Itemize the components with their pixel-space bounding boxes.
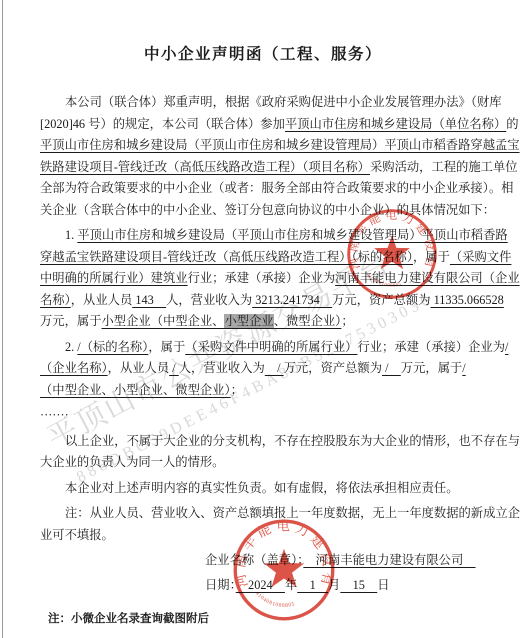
underlined-text-segment: 、微型企业） xyxy=(274,314,342,328)
underlined-text-segment: 平顶山市住房和城乡建设局（平顶山市住房和城乡建设管理局）平顶山市稻香路穿越孟宝 xyxy=(40,138,520,152)
doc-line: 全部为符合政策要求的中小企业（或者：服务全部由符合政策要求的中小企业承接）。相 xyxy=(40,178,490,200)
footer-note: 注：小微企业名录查询截图附后 xyxy=(48,610,209,626)
text-segment: 本企业对上述声明内容的真实性负责。如有虚假，将依法承担相应责任。 xyxy=(65,481,459,495)
underlined-text-segment: 名称） xyxy=(40,293,71,307)
highlighted-text-segment: 小型企业 xyxy=(224,314,273,328)
text-segment: 行业；承建（承接）企业为 xyxy=(357,340,505,354)
text-segment: ，从业人员 xyxy=(71,293,133,307)
text-segment: ······· xyxy=(40,408,69,422)
doc-line: （企业名称），从业人员 / 人，营业收入为 / 万元，资产总额为 / 万元，属于… xyxy=(40,358,490,380)
doc-line: 以上企业，不属于大企业的分支机构，不存在控股股东为大企业的情形，也不存在与 xyxy=(40,431,490,453)
text-segment: 2. xyxy=(65,340,77,354)
document-page: 平顶山市公共资源交易平台 888DBC59DEE46F4BA80B5247530… xyxy=(0,0,526,638)
underlined-text-segment: 铁路建设项目-管线迁改（高低压线路改造工程）（项目名称） xyxy=(40,160,370,174)
doc-line: 本公司（联合体）郑重声明，根据《政府采购促进中小企业发展管理办法》（财库 xyxy=(40,92,490,114)
underlined-text-segment: /（标的名称） xyxy=(77,340,148,354)
underlined-text-segment: / xyxy=(382,361,401,375)
underlined-text-segment: （企业名称） xyxy=(40,361,108,375)
doc-line: 万元，属于小型企业（中型企业、小型企业、微型企业）； xyxy=(40,311,490,333)
text-segment: 大企业的负责人为同一人的情形。 xyxy=(40,455,224,469)
underlined-text-segment: （采购文件 xyxy=(450,250,512,264)
text-segment: [2020]46 号）的规定，本公司（联合体）参加 xyxy=(40,117,285,131)
underlined-text-segment: 3213.241734 xyxy=(252,293,332,307)
doc-line: 铁路建设项目-管线迁改（高低压线路改造工程）（项目名称）采购活动，工程的施工单位 xyxy=(40,157,490,179)
text-segment: 采购活动，工程的施工单位 xyxy=(370,160,518,174)
doc-line: 2. /（标的名称），属于（采购文件中明确的所属行业）行业；承建（承接）企业为/ xyxy=(40,337,490,359)
company-seal-bottom-icon: 河南丰能电力建设有限公司 4104081008805 xyxy=(231,517,337,623)
svg-text:4104081008805: 4104081008805 xyxy=(365,273,403,289)
text-segment: 全部为符合政策要求的中小企业（或者：服务全部由符合政策要求的中小企业承接）。相 xyxy=(40,181,513,195)
text-segment: 行业；承建（承接）企业为 xyxy=(188,271,336,285)
text-segment: 以上企业，不属于大企业的分支机构，不存在控股股东为大企业的情形，也不存在与 xyxy=(65,434,520,448)
seal-number-text: 4104081008805 xyxy=(365,273,403,289)
company-seal-top-icon: 河南丰能电力建设有限公司 4104081008805 xyxy=(345,207,439,301)
seal-star-icon xyxy=(264,549,304,587)
underlined-text-segment: 15 xyxy=(340,578,377,592)
document-title: 中小企业声明函（工程、服务） xyxy=(0,42,526,64)
seal-star-icon xyxy=(374,235,410,269)
text-segment: ，属于 xyxy=(148,340,185,354)
underlined-text-segment: / xyxy=(462,361,465,375)
text-segment: 的 xyxy=(506,117,518,131)
underlined-text-segment: 小型企业（中型企业、 xyxy=(102,314,225,328)
seal-number-text: 4104081008805 xyxy=(254,591,296,609)
text-segment: 万元，属于 xyxy=(40,314,102,328)
text-segment: 本公司（联合体）郑重声明，根据《政府采购促进中小企业发展管理办法》（财库 xyxy=(65,95,502,109)
underlined-text-segment: 平顶山市住房和城乡建设局（单位名称） xyxy=(285,117,506,131)
svg-text:4104081008805: 4104081008805 xyxy=(254,591,296,609)
text-segment: 人，营业收入为 xyxy=(166,293,252,307)
text-segment: 人，营业收入为 xyxy=(179,361,265,375)
doc-line: 大企业的负责人为同一人的情形。 xyxy=(40,452,490,474)
underlined-text-segment: （采购文件中明确的所属行业） xyxy=(185,340,357,354)
text-segment: 1. xyxy=(65,228,77,242)
text-segment: 日 xyxy=(377,578,389,592)
underlined-text-segment: （中型企业、小型企业、微型企业） xyxy=(40,383,231,397)
document-body: 本公司（联合体）郑重声明，根据《政府采购促进中小企业发展管理办法》（财库[202… xyxy=(40,92,490,546)
underlined-text-segment: 平顶山市住房和城乡建设局（平顶山市住房和城乡建设管理局）平顶山市稻香路 xyxy=(77,228,507,242)
text-segment: 业可不填报。 xyxy=(40,528,114,542)
underlined-text-segment: 11335.066528 xyxy=(431,293,504,307)
doc-line: [2020]46 号）的规定，本公司（联合体）参加平顶山市住房和城乡建设局（单位… xyxy=(40,114,490,136)
underlined-text-segment: 中明确的所属行业）建筑业 xyxy=(40,271,188,285)
doc-line: 本企业对上述声明内容的真实性负责。如有虚假，将依法承担相应责任。 xyxy=(40,478,490,500)
underlined-text-segment: / xyxy=(505,340,508,354)
doc-line: （中型企业、小型企业、微型企业）； xyxy=(40,380,490,402)
text-segment: ，从业人员 xyxy=(108,361,170,375)
underlined-text-segment: 143 xyxy=(132,293,166,307)
doc-line: 平顶山市住房和城乡建设局（平顶山市住房和城乡建设管理局）平顶山市稻香路穿越孟宝 xyxy=(40,135,490,157)
text-segment: 万元，属于 xyxy=(401,361,463,375)
text-segment: ； xyxy=(341,314,353,328)
doc-line: ······· xyxy=(40,405,490,427)
scan-edge-line xyxy=(2,0,3,638)
text-segment: 万元，资产总额为 xyxy=(284,361,382,375)
underlined-text-segment: / xyxy=(265,361,284,375)
underlined-text-segment: / xyxy=(169,361,179,375)
text-segment: ； xyxy=(231,383,243,397)
